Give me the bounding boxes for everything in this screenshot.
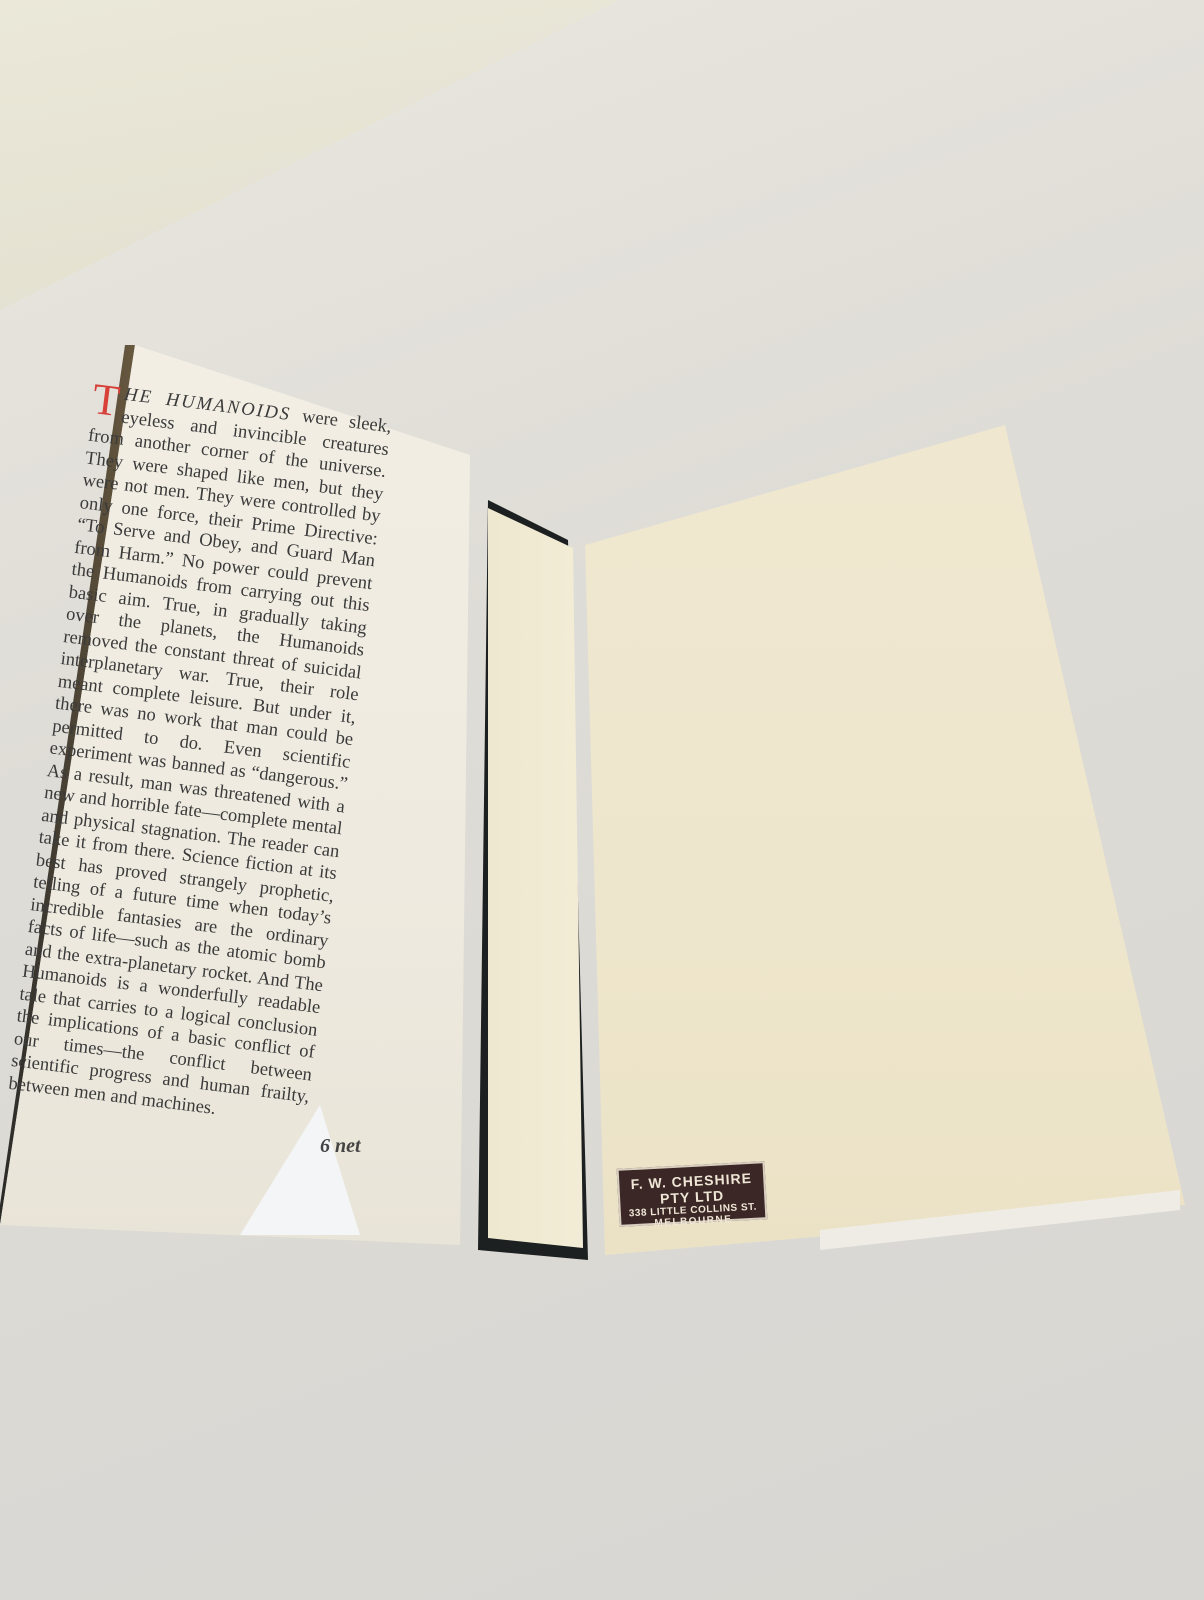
price-text: 6 net — [320, 1135, 361, 1158]
open-book: T HE HUMANOIDS were sleek, eyeless and i… — [0, 0, 1204, 1600]
front-endpaper — [585, 425, 1185, 1255]
bookseller-label: F. W. CHESHIRE PTY LTD 338 LITTLE COLLIN… — [617, 1161, 768, 1227]
pastedown — [488, 508, 583, 1248]
drop-cap: T — [90, 380, 121, 421]
